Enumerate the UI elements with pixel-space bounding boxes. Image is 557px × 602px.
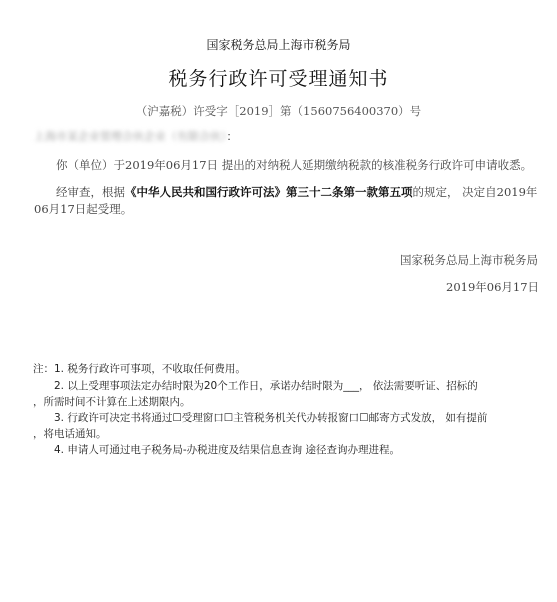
body-paragraph-2: 经审查，根据《中华人民共和国行政许可法》第三十二条第一款第五项的规定， 决定自2…: [56, 184, 537, 200]
signature-organization: 国家税务总局上海市税务局: [400, 252, 538, 268]
note-2-continued: ，所需时间不计算在上述期限内。: [33, 394, 191, 409]
law-citation: 《中华人民共和国行政许可法》第三十二条第一款第五项: [125, 185, 413, 199]
body-paragraph-2-continued: 06月17日起受理。: [34, 201, 132, 217]
note-1: 注：1. 税务行政许可事项，不收取任何费用。: [33, 361, 246, 376]
document-number: （沪嘉税）许受字［2019］第（1560756400370）号: [0, 103, 557, 119]
recipient-name-redacted: 上海市某企业管理合伙企业（有限合伙）: [34, 130, 227, 143]
paragraph-2-suffix: 的规定， 决定自2019年: [413, 185, 538, 199]
note-3-continued: ，将电话通知。: [33, 426, 107, 441]
recipient-colon: ：: [227, 130, 238, 143]
signature-date: 2019年06月17日: [446, 279, 539, 295]
document-title: 税务行政许可受理通知书: [0, 64, 557, 91]
paragraph-2-prefix: 经审查，根据: [56, 185, 125, 199]
body-paragraph-1: 你（单位）于2019年06月17日 提出的对纳税人延期缴纳税款的核准税务行政许可…: [56, 157, 532, 173]
note-2: 2. 以上受理事项法定办结时限为20个工作日，承诺办结时限为___， 依法需要听…: [54, 378, 478, 393]
issuer-header: 国家税务总局上海市税务局: [0, 36, 557, 53]
note-4: 4. 申请人可通过电子税务局-办税进度及结果信息查询 途径查询办理进程。: [54, 442, 400, 457]
note-3: 3. 行政许可决定书将通过☐受理窗口☐主管税务机关代办转报窗口☐邮寄方式发放， …: [54, 410, 487, 425]
recipient-line: 上海市某企业管理合伙企业（有限合伙）：: [34, 128, 238, 144]
